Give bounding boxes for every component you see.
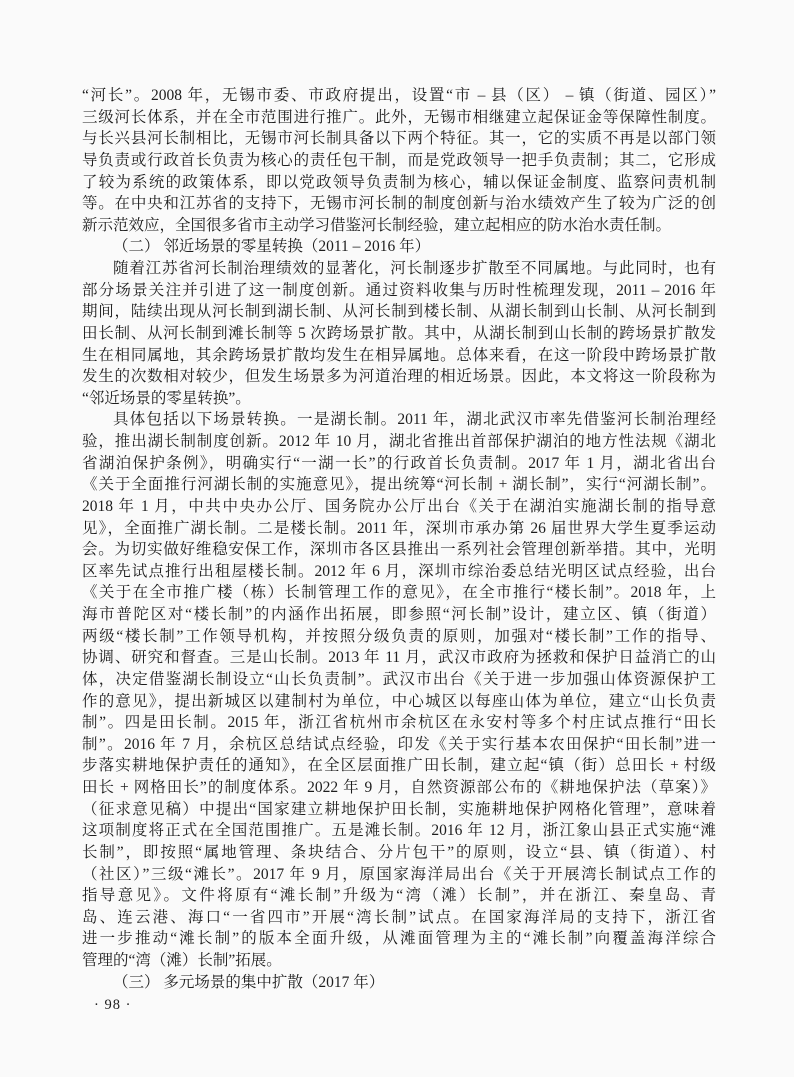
text-line: 长制”，即按照“属地管理、条块结合、分片包干”的原则，设立“县、镇（街道）、村 [82,842,716,864]
text-line: （征求意见稿）中提出“国家建立耕地保护田长制，实施耕地保护网格化管理”，意味着 [82,799,716,821]
text-line: 《关于在全市推广楼（栋）长制管理工作的意见》，在全市推行“楼长制”。2018 年… [82,582,716,604]
text-line: 验，推出湖长制制度创新。2012 年 10 月，湖北省推出首部保护湖泊的地方性法… [82,431,716,453]
text-line: 新示范效应，全国很多省市主动学习借鉴河长制经验，建立起相应的防水治水责任制。 [82,215,716,237]
text-line: 这项制度将正式在全国范围推广。五是滩长制。2016 年 12 月，浙江象山县正式… [82,820,716,842]
text-line: 见》，全面推广湖长制。二是楼长制。2011 年，深圳市承办第 26 届世界大学生… [82,518,716,540]
text-line: 岛、连云港、海口“一省四市”开展“湾长制”试点。在国家海洋局的支持下，浙江省 [82,907,716,929]
text-line: 田长制、从河长制到滩长制等 5 次跨场景扩散。其中，从湖长制到山长制的跨场景扩散… [82,323,716,345]
page-number: · 98 · [94,997,131,1014]
text-line: 制”。四是田长制。2015 年，浙江省杭州市余杭区在永安村等多个村庄试点推行“田… [82,712,716,734]
text-line: 导负责或行政首长负责为核心的责任包干制，而是党政领导一把手负责制；其二，它形成 [82,150,716,172]
text-line: 作的意见》，提出新城区以建制村为单位，中心城区以每座山体为单位，建立“山长负责 [82,691,716,713]
text-line: 进一步推动“滩长制”的版本全面升级，从滩面管理为主的“滩长制”向覆盖海洋综合 [82,928,716,950]
document-page: “河长”。2008 年，无锡市委、市政府提出，设置“市 – 县（区） – 镇（街… [0,0,794,1077]
text-line: 区率先试点推行出租屋楼长制。2012 年 6 月，深圳市综治委总结光明区试点经验… [82,561,716,583]
text-line: （三） 多元场景的集中扩散（2017 年） [82,972,716,994]
text-line: 协调、研究和督查。三是山长制。2013 年 11 月，武汉市政府为拯救和保护日益… [82,647,716,669]
text-line: 发生的次数相对较少，但发生场景多为河道治理的相近场景。因此，本文将这一阶段称为 [82,366,716,388]
text-line: 了较为系统的政策体系，即以党政领导负责制为核心，辅以保证金制度、监察问责机制 [82,172,716,194]
text-line: 与长兴县河长制相比，无锡市河长制具备以下两个特征。其一，它的实质不再是以部门领 [82,128,716,150]
text-line: （社区）”三级“滩长”。2017 年 9 月，原国家海洋局出台《关于开展湾长制试… [82,864,716,886]
text-line: “邻近场景的零星转换”。 [82,388,716,410]
text-line: 指导意见》。文件将原有“滩长制”升级为“湾（滩）长制”，并在浙江、秦皇岛、青 [82,885,716,907]
text-line: 2018 年 1 月，中共中央办公厅、国务院办公厅出台《关于在湖泊实施湖长制的指… [82,496,716,518]
text-line: 随着江苏省河长制治理绩效的显著化，河长制逐步扩散至不同属地。与此同时，也有 [82,258,716,280]
text-line: 省湖泊保护条例》，明确实行“一湖一长”的行政首长负责制。2017 年 1 月，湖… [82,453,716,475]
text-line: 三级河长体系，并在全市范围进行推广。此外，无锡市相继建立起保证金等保障性制度。 [82,107,716,129]
text-line: 管理的“湾（滩）长制”拓展。 [82,950,716,972]
text-line: 海市普陀区对“楼长制”的内涵作出拓展，即参照“河长制”设计，建立区、镇（街道） [82,604,716,626]
text-line: 步落实耕地保护责任的通知》，在全区层面推广田长制，建立起“镇（街）总田长 + 村… [82,755,716,777]
text-line: 两级“楼长制”工作领导机构，并按照分级负责的原则，加强对“楼长制”工作的指导、 [82,626,716,648]
text-line: 体，决定借鉴湖长制设立“山长负责制”。武汉市出台《关于进一步加强山体资源保护工 [82,669,716,691]
text-line: 制”。2016 年 7 月，余杭区总结试点经验，印发《关于实行基本农田保护“田长… [82,734,716,756]
text-block: “河长”。2008 年，无锡市委、市政府提出，设置“市 – 县（区） – 镇（街… [82,85,716,993]
text-line: 田长 + 网格田长”的制度体系。2022 年 9 月，自然资源部公布的《耕地保护… [82,777,716,799]
text-line: 部分场景关注并引进了这一制度创新。通过资料收集与历时性梳理发现，2011 – 2… [82,280,716,302]
text-line: 生在相同属地，其余跨场景扩散均发生在相异属地。总体来看，在这一阶段中跨场景扩散 [82,345,716,367]
text-line: （二） 邻近场景的零星转换（2011 – 2016 年） [82,236,716,258]
text-line: 期间，陆续出现从河长制到湖长制、从河长制到楼长制、从湖长制到山长制、从河长制到 [82,301,716,323]
text-line: 等。在中央和江苏省的支持下，无锡市河长制的制度创新与治水绩效产生了较为广泛的创 [82,193,716,215]
text-line: “河长”。2008 年，无锡市委、市政府提出，设置“市 – 县（区） – 镇（街… [82,85,716,107]
text-line: 会。为切实做好维稳安保工作，深圳市各区县推出一系列社会管理创新举措。其中，光明 [82,539,716,561]
text-line: 《关于全面推行河湖长制的实施意见》，提出统筹“河长制 + 湖长制”，实行“河湖长… [82,474,716,496]
text-line: 具体包括以下场景转换。一是湖长制。2011 年，湖北武汉市率先借鉴河长制治理经 [82,409,716,431]
